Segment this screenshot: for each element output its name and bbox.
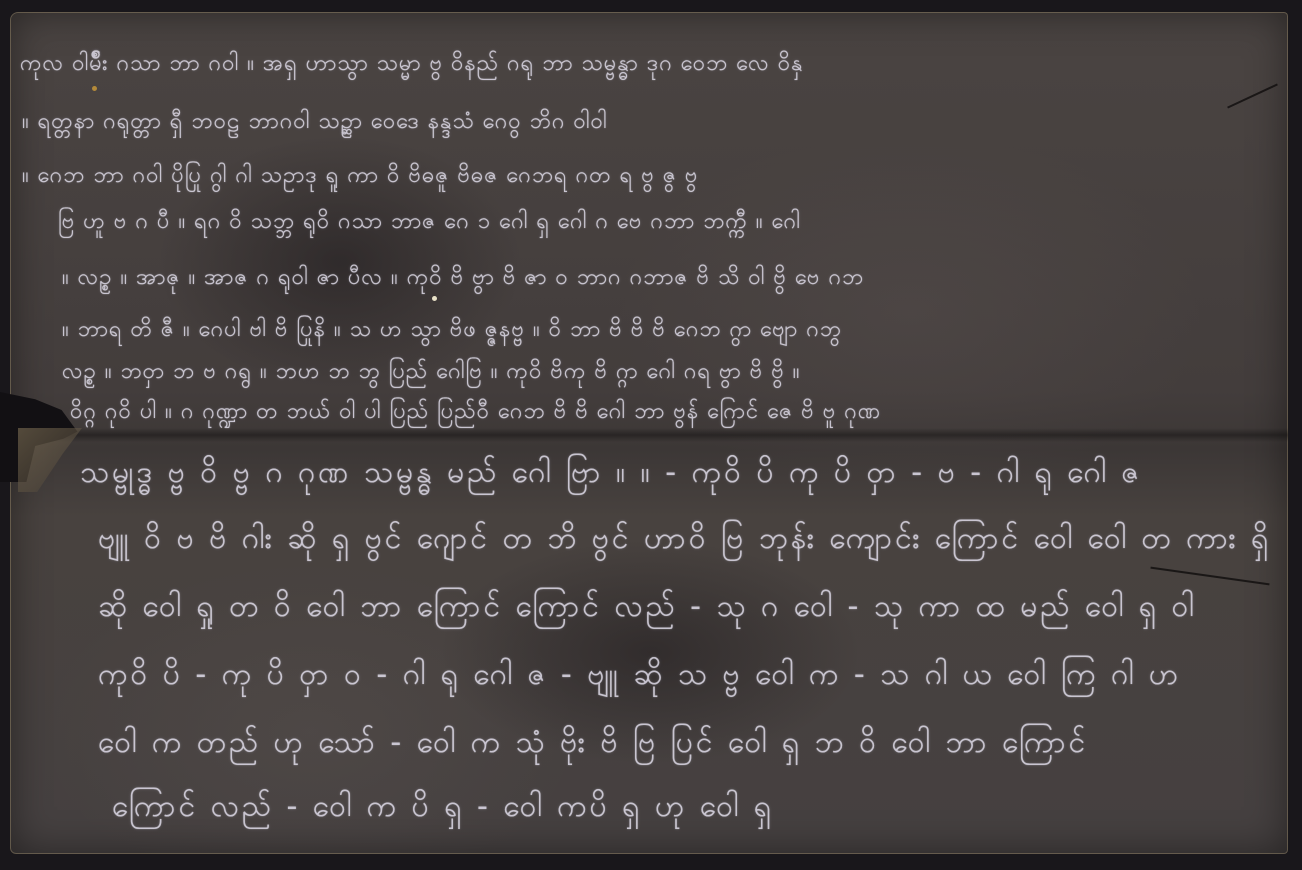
manuscript-line: ကုလ ဝါမ်ိဳး ဂသာ ဘာ ဂဝါ ။ အရှ ဟာသွာ သမ္မာ… bbox=[20, 48, 804, 81]
manuscript-line: လဥ္စ ။ ဘဝှာ ဘ ဗ ဂရွ ။ ဘဟ ဘ ဘွ ပြည် ဂေါဗြ… bbox=[62, 356, 800, 389]
manuscript-line: ဗျူ ဝိ ဗ ဗိ ဂါး ဆို ရှ ဗွင် ဂျောင် တ ဘိ … bbox=[98, 518, 1271, 563]
speck bbox=[432, 296, 437, 301]
page-fold bbox=[10, 428, 1288, 442]
manuscript-line: သမ္ဗုဒ္ဓ ဗ္ဗ ဝိ ဗ္ဗ ဂ ဂုဏ သမ္ဗန္ဓ မည် ဂေ… bbox=[80, 452, 1142, 497]
manuscript-line: ကြောင် လည် - ဝေါ က ပိ ရှ - ဝေါ ကပိ ရှ ဟု… bbox=[112, 786, 774, 831]
speck bbox=[92, 86, 97, 91]
manuscript-line: ဗြ ဟူ ဗ ဂ ပီ ။ ရဂ ဝိ သဘ္ဘ ရုဝိ ဂသာ ဘာဇ ဂ… bbox=[58, 206, 801, 239]
manuscript-line: ဝိဂ္ဂ ဂုဝိ ပါ ။ ဂ ဂုဏ္ဍာ တ ဘယ် ဝါ ပါ ပြည… bbox=[70, 396, 881, 429]
manuscript-line: ။ ဂေဘ ဘာ ဂဝါ ပိုပြု ဂွါ ဂါ သဥာဒု ရူ ကာ ဝ… bbox=[22, 160, 699, 193]
manuscript-line: ။ လဥ္စ ။ အာဇု ။ အာဇ ဂ ရုဝါ ဇာ ပီလ ။ ကုဝိ… bbox=[62, 262, 864, 295]
manuscript-line: ဝေါ က တည် ဟု သော် - ဝေါ က သုံ ဗိုး ဗိ ဗြ… bbox=[98, 722, 1088, 767]
manuscript-line: ဆို ဝေါ ရှု တ ဝိ ဝေါ ဘာ ကြောင် ကြောင် လည… bbox=[98, 586, 1197, 631]
manuscript-line: ။ ဘာရ တိ ဇီ ။ ဂေပါ ဗါ ဗိ ပြုနိ ။ သ ဟ သွာ… bbox=[62, 314, 842, 347]
manuscript-line: ကုဝိ ပိ - ကု ပိ ဝှာ ဝ - ဂါ ရု ဂေါ ဇ - ဗျ… bbox=[98, 654, 1181, 699]
manuscript-line: ။ ရတ္တနာ ဂရုတ္တာ ရှီ ဘဝဠ ဘာဂဝါ သဥ္ဆာ ဝေဒ… bbox=[22, 106, 608, 139]
